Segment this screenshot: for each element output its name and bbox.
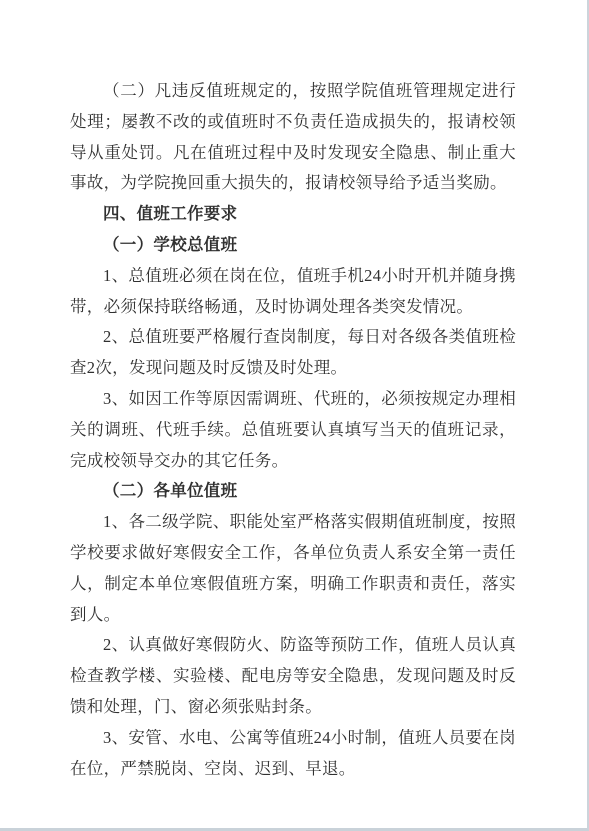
paragraph-penalty-reward: （二）凡违反值班规定的，按照学院值班管理规定进行处理；屡教不改的或值班时不负责任… <box>70 76 516 199</box>
section-heading-4: 四、值班工作要求 <box>70 199 516 230</box>
paragraph-unit-duty-3: 3、安管、水电、公寓等值班24小时制，值班人员要在岗在位，严禁脱岗、空岗、迟到、… <box>70 723 516 785</box>
document-text-block: （二）凡违反值班规定的，按照学院值班管理规定进行处理；屡教不改的或值班时不负责任… <box>70 76 516 784</box>
subsection-heading-unit-duty: （二）各单位值班 <box>70 476 516 507</box>
document-page: （二）凡违反值班规定的，按照学院值班管理规定进行处理；屡教不改的或值班时不负责任… <box>0 0 589 831</box>
paragraph-school-duty-3: 3、如因工作等原因需调班、代班的，必须按规定办理相关的调班、代班手续。总值班要认… <box>70 384 516 476</box>
paragraph-unit-duty-2: 2、认真做好寒假防火、防盗等预防工作，值班人员认真检查教学楼、实验楼、配电房等安… <box>70 630 516 722</box>
paragraph-school-duty-2: 2、总值班要严格履行查岗制度，每日对各级各类值班检查2次，发现问题及时反馈及时处… <box>70 322 516 384</box>
paragraph-school-duty-1: 1、总值班必须在岗在位，值班手机24小时开机并随身携带，必须保持联络畅通，及时协… <box>70 261 516 323</box>
subsection-heading-school-duty: （一）学校总值班 <box>70 230 516 261</box>
paragraph-unit-duty-1: 1、各二级学院、职能处室严格落实假期值班制度，按照学校要求做好寒假安全工作，各单… <box>70 507 516 630</box>
